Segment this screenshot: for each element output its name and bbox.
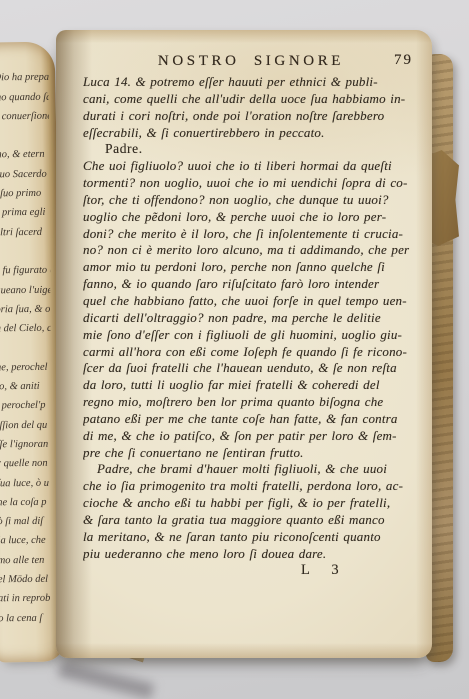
verso-text-fragment: la luce, che [0, 531, 53, 551]
verso-text-fragment: altri ſacerd [0, 222, 50, 242]
verso-text-fragment: iſſion del qu [0, 415, 52, 435]
text-line: no? non ci è merito loro alcuno, ma ti a… [83, 242, 423, 259]
page-header: NOSTRO SIGNORE 79 [83, 52, 419, 70]
running-title: NOSTRO SIGNORE [158, 53, 344, 69]
verso-text-fragment [0, 338, 51, 358]
text-line: dicarti dell'oltraggio? non padre, ma pe… [83, 310, 423, 327]
verso-text-column: LDio ha prepamo quando ſau conuerſionemo… [0, 49, 53, 628]
text-line: ſtor, che ti offendono? non uoglio, che … [83, 192, 423, 209]
text-block: Luca 14. & potremo eſſer hauuti per ethn… [83, 74, 423, 579]
text-line: doni? che merito è il loro, che ſi inſol… [83, 226, 423, 243]
verso-text-fragment: el Mōdo del [0, 570, 53, 590]
verso-text-fragment: oria ſua, & ol [0, 300, 51, 320]
verso-text-fragment: u conuerſione [0, 107, 49, 127]
verso-text-fragment: Dio ha prepa [0, 68, 49, 88]
verso-text-fragment: ati in reprob [0, 589, 53, 609]
text-line: Padre. [83, 141, 423, 158]
verso-text-fragment: aueano l'uiger [0, 280, 50, 300]
verso-text-fragment [0, 242, 50, 262]
book-photo: LDio ha prepamo quando ſau conuerſionemo… [0, 0, 469, 699]
text-line: di me, & che io patiſco, & ſon per patir… [83, 428, 423, 445]
verso-text-fragment: e fu figurato da [0, 261, 50, 281]
verso-text-fragment: ſua luce, ò u [0, 473, 52, 493]
text-line: quel che habbiano fatto, che uuoi forſe … [83, 293, 423, 310]
verso-text-fragment: ouo Sacerdo [0, 165, 49, 185]
text-line: fanno, & io quando ſaro riſuſcitato farò… [83, 276, 423, 293]
text-line: & ſara tanto la gratia tua maggiore quan… [83, 512, 423, 529]
verso-text-fragment: he la coſa p [0, 493, 52, 513]
verso-text-fragment: . perochel'p [0, 396, 51, 416]
text-line: carmi all'hora con eßi come Ioſeph fe qu… [83, 344, 423, 361]
text-line: da loro, tutti li uoglio far miei fratel… [83, 377, 423, 394]
text-line: Luca 14. & potremo eſſer hauuti per ethn… [83, 74, 423, 91]
page-number: 79 [394, 52, 413, 69]
verso-text-fragment: ſſe l'ignoran [0, 435, 52, 455]
verso-text-fragment: ò ſi mal diſ [0, 512, 52, 532]
verso-text-fragment: mo quando ſa [0, 87, 49, 107]
text-line: eſſecrabili, & ſi conuertirebbero in pec… [83, 125, 423, 142]
verso-text-fragment: e prima egli [0, 203, 50, 223]
text-line: Padre, che brami d'hauer molti figliuoli… [83, 461, 423, 478]
text-line: cani, come quelli che all'udir della uoc… [83, 91, 423, 108]
text-line: regno mio, moſtrero ben lor prima quanto… [83, 394, 423, 411]
text-line: pre che ſi conuertano ne ſentiran frutto… [83, 445, 423, 462]
verso-text-fragment: io, & aniti [0, 377, 51, 397]
verso-text-fragment: mo, & etern [0, 145, 49, 165]
text-line: ſcer da ſuoi fratelli che l'hauean uendu… [83, 360, 423, 377]
verso-text-fragment: r quelle non [0, 454, 52, 474]
text-line: amor mio tu perdoni loro, perche non ſan… [83, 259, 423, 276]
text-line: piu uederanno che meno loro ſi douea dar… [83, 546, 423, 563]
verso-text-fragment: n del Cielo, co [0, 319, 51, 339]
verso-text-fragment: ne, perochel [0, 358, 51, 378]
text-line: L 3 [83, 562, 423, 579]
text-line: cioche & ancho eßi tu habbi per figli, &… [83, 495, 423, 512]
verso-text-fragment: l ſuo primo [0, 184, 50, 204]
text-line: durati i cori noſtri, onde poi l'oration… [83, 108, 423, 125]
verso-text-fragment [0, 126, 49, 146]
verso-text-fragment: o la cena ſ [0, 608, 53, 628]
text-line: che io ſia primogenito tra molti fratell… [83, 478, 423, 495]
book-page: NOSTRO SIGNORE 79 Luca 14. & potremo eſſ… [56, 30, 432, 658]
tie-shadow [57, 661, 154, 699]
text-line: mie ſono d'eſſer con i figliuoli de gli … [83, 327, 423, 344]
text-line: Che uoi figliuolo? uuoi che io ti liberi… [83, 158, 423, 175]
text-line: patano eßi per me che tante coſe han fat… [83, 411, 423, 428]
text-line: uoglio che pẽdoni loro, & perche uuoi ch… [83, 209, 423, 226]
text-line: tormenti? non uoglio, uuoi che io mi uen… [83, 175, 423, 192]
verso-text-fragment: L [0, 49, 48, 69]
verso-text-fragment: mo alle ten [0, 550, 53, 570]
text-line: la meritano, & ne ſaran tanto piu ricono… [83, 529, 423, 546]
